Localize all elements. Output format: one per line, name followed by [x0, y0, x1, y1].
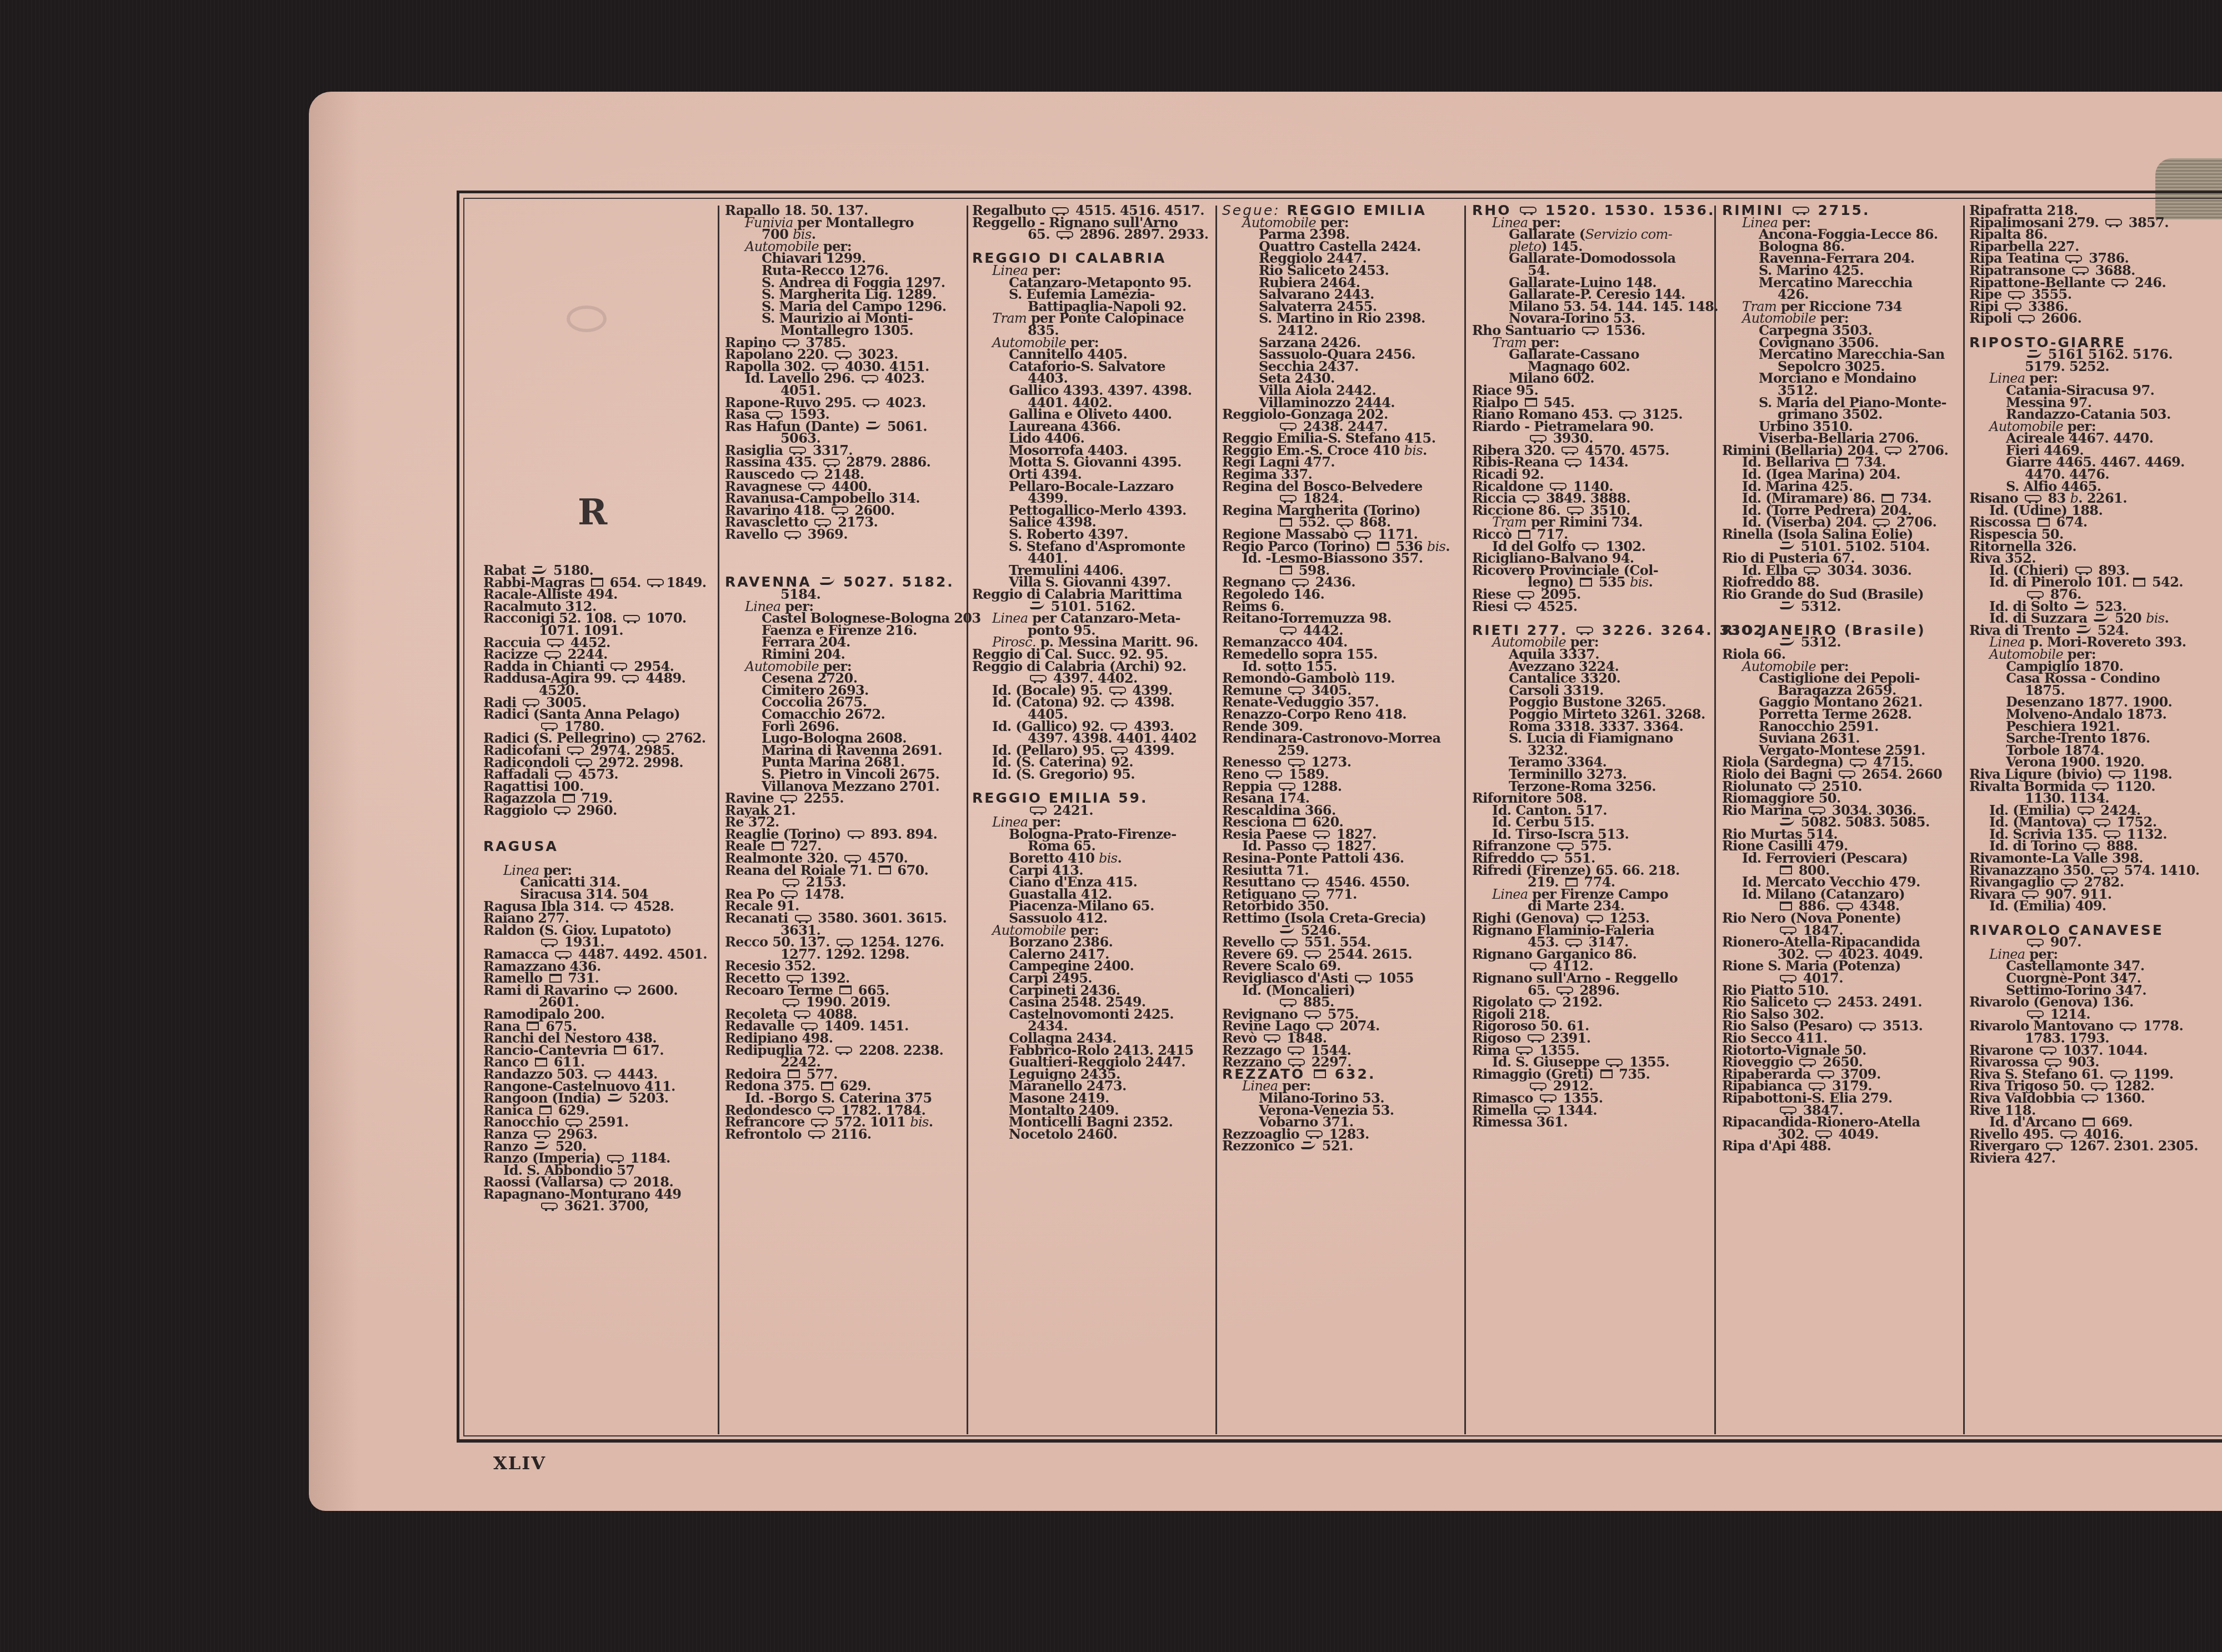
bus-icon	[614, 987, 631, 993]
index-entry: Rio Grande do Sud (Brasile)	[1722, 588, 1962, 600]
bus-icon	[783, 339, 799, 346]
bus-icon	[1550, 483, 1567, 489]
index-entry: Campegine 2400.	[972, 960, 1212, 972]
ship-icon	[820, 578, 834, 585]
bus-icon	[1109, 687, 1126, 693]
tram-icon	[549, 974, 562, 983]
bus-icon	[610, 1179, 627, 1185]
bus-icon	[1111, 699, 1128, 705]
bus-icon	[837, 939, 853, 945]
bus-icon	[2104, 830, 2120, 837]
bus-icon	[787, 975, 803, 982]
bus-icon	[1850, 759, 1866, 765]
index-column-3: Regalbuto 4515. 4516. 4517.Reggello - Ri…	[972, 204, 1212, 1438]
index-entry: Id. Milano (Catanzaro)	[1722, 888, 1962, 900]
index-column-6: RIMINI 2715.Linea per:Ancona-Foggia-Lecc…	[1722, 204, 1962, 1438]
bus-icon	[2111, 279, 2128, 286]
bus-icon	[647, 579, 664, 585]
bus-icon	[1804, 567, 1820, 573]
bus-icon	[844, 855, 861, 862]
index-entry: Raddusa-Agira 99. 4489.	[483, 672, 723, 684]
bus-icon	[823, 459, 840, 465]
italic-label: Linea	[1492, 887, 1528, 902]
ship-icon	[1780, 603, 1794, 609]
entry-heading: RIVAROLO CANAVESE	[1969, 924, 2209, 937]
bus-icon	[2045, 1059, 2061, 1065]
ship-icon	[534, 1143, 549, 1149]
bus-icon	[1814, 999, 1831, 1005]
bus-icon	[2027, 939, 2044, 945]
bus-icon	[863, 399, 879, 406]
bus-icon	[1539, 999, 1556, 1005]
tram-icon	[535, 1058, 547, 1067]
column-rule	[1215, 206, 1217, 1434]
index-column-1: Rabat 5180.Rabbi-Magras 654. 1849.Racale…	[483, 204, 723, 1438]
bus-icon	[1562, 447, 1578, 453]
index-entry: Casa Rossa - Condino	[1969, 672, 2209, 684]
index-entry: Ras Hafun (Dante) 5061.	[725, 420, 965, 433]
tram-icon	[1600, 1069, 1613, 1078]
bus-icon	[1057, 231, 1073, 238]
bus-icon	[1582, 327, 1599, 333]
index-entry: Morciano e Mondaino	[1722, 372, 1962, 384]
bus-icon	[1567, 507, 1584, 513]
bus-icon	[1565, 459, 1582, 465]
bus-icon	[623, 615, 640, 622]
bus-icon	[2065, 255, 2082, 262]
tram-icon	[1280, 518, 1292, 527]
bus-icon	[1540, 1094, 1557, 1101]
bus-icon	[523, 699, 539, 705]
bus-icon	[2061, 879, 2078, 885]
bus-icon	[2083, 843, 2100, 849]
bus-icon	[2072, 267, 2089, 273]
bus-icon	[1280, 999, 1297, 1005]
bus-icon	[1288, 1059, 1305, 1065]
bus-icon	[1317, 1023, 1333, 1029]
bus-icon	[2081, 1094, 2098, 1101]
index-entry: Rami di Ravarino 2600.	[483, 984, 723, 997]
bus-icon	[567, 747, 584, 753]
tram-icon	[1565, 878, 1578, 887]
bus-icon	[1528, 1034, 1544, 1041]
bus-icon	[1577, 627, 1593, 633]
tram-icon	[1580, 578, 1592, 587]
index-entry: Riesi 4525.	[1472, 600, 1712, 613]
index-entry: S. Martino in Rio 2398.	[1222, 312, 1462, 324]
index-column-4: Segue: REGGIO EMILIAAutomobile per:Parma…	[1222, 204, 1462, 1438]
index-entry: Comacchio 2672.	[725, 708, 965, 720]
index-entry: Secchia 2437.	[1222, 361, 1462, 373]
index-entry: Rezzonico 521.	[1222, 1140, 1462, 1152]
index-entry: Recco 50. 137. 1254. 1276.	[725, 936, 965, 948]
ship-icon	[2094, 615, 2108, 622]
bus-icon	[2120, 1023, 2136, 1029]
index-entry: Tram per Ponte Calopinace	[972, 312, 1212, 324]
bus-icon	[1619, 411, 1636, 418]
bus-icon	[541, 723, 558, 729]
bus-icon	[2027, 591, 2044, 598]
bus-icon	[808, 1130, 825, 1137]
tram-icon	[1293, 818, 1305, 827]
bus-icon	[1288, 687, 1305, 693]
bus-icon	[801, 1023, 818, 1029]
bus-icon	[2110, 1070, 2127, 1077]
bus-icon	[643, 735, 659, 742]
index-entry: S. Stefano d'Aspromonte	[972, 540, 1212, 553]
tram-icon	[2083, 1118, 2095, 1127]
bus-icon	[1780, 1107, 1796, 1113]
bus-icon	[1534, 1107, 1550, 1113]
index-entry: Id. (Moncalieri)	[1222, 984, 1462, 997]
italic-label: Tram	[992, 311, 1027, 326]
tram-icon	[1518, 530, 1530, 539]
ship-icon	[2027, 351, 2041, 358]
tram-icon	[1780, 902, 1792, 910]
bus-icon	[783, 879, 799, 885]
bus-icon	[1516, 1047, 1533, 1053]
tram-icon	[2133, 578, 2145, 587]
bus-icon	[1280, 423, 1297, 429]
bus-icon	[1288, 1047, 1304, 1053]
ship-icon	[532, 567, 547, 574]
column-rule	[1714, 206, 1716, 1434]
tram-icon	[1836, 458, 1848, 467]
index-entry: Id. di Pinerolo 101. 542.	[1969, 576, 2209, 588]
ship-icon	[866, 423, 880, 429]
bus-icon	[1836, 903, 1853, 909]
bus-icon	[544, 651, 561, 658]
bus-icon	[1809, 1083, 1825, 1089]
tram-icon	[1881, 494, 1894, 503]
index-entry: Laureana 4366.	[972, 420, 1212, 433]
index-entry: Ripoli 2606.	[1969, 312, 2209, 324]
index-entry: Id. (Catona) 92. 4398.	[972, 696, 1212, 708]
bus-icon	[1859, 1023, 1876, 1029]
bus-icon	[780, 795, 797, 802]
bus-icon	[1030, 807, 1047, 813]
bus-icon	[832, 507, 848, 513]
bus-icon	[2109, 770, 2125, 777]
index-entry: Cataforio-S. Salvatore	[972, 361, 1212, 373]
bus-icon	[2046, 1143, 2063, 1149]
entry-heading: RAGUSA	[483, 840, 723, 853]
bus-icon	[2105, 219, 2122, 226]
bus-icon	[814, 519, 831, 525]
bus-icon	[781, 890, 798, 897]
bus-icon	[1111, 747, 1128, 753]
bus-icon	[1288, 759, 1305, 765]
index-entry: Ricovero Provinciale (Col-	[1472, 564, 1712, 577]
bus-icon	[1280, 495, 1297, 502]
italic-label: bis	[1404, 443, 1423, 458]
index-entry: Motta S. Giovanni 4395.	[972, 456, 1212, 468]
bus-icon	[2094, 819, 2110, 825]
bus-icon	[1606, 1059, 1623, 1065]
bus-icon	[1530, 963, 1547, 969]
bus-icon	[565, 1119, 582, 1125]
bus-icon	[1793, 207, 1809, 213]
bus-icon	[1557, 843, 1574, 849]
bus-icon	[862, 375, 878, 382]
ship-icon	[1301, 1143, 1315, 1149]
tram-icon	[879, 865, 891, 874]
bus-icon	[1530, 435, 1547, 442]
entry-heading: RAVENNA 5027. 5182.	[725, 576, 965, 588]
bus-icon	[1565, 939, 1582, 945]
bus-icon	[1541, 855, 1558, 862]
bus-icon	[1313, 830, 1330, 837]
tram-icon	[591, 578, 603, 587]
bus-icon	[1873, 519, 1890, 525]
bus-icon	[2008, 291, 2025, 298]
bus-icon	[1799, 1059, 1816, 1065]
ship-icon	[2076, 627, 2091, 633]
bus-icon	[848, 830, 864, 837]
index-entry: Riviera 427.	[1969, 1152, 2209, 1164]
bus-icon	[2091, 1083, 2108, 1089]
index-entry: Recanati 3580. 3601. 3615.	[725, 912, 965, 924]
tram-icon	[539, 1105, 552, 1114]
bus-icon	[795, 915, 812, 922]
index-entry: Recoaro Terme 665.	[725, 984, 965, 997]
bus-icon	[1337, 519, 1353, 525]
bus-icon	[801, 471, 818, 478]
index-column-2: Rapallo 18. 50. 137.Funivia per Montalle…	[725, 204, 965, 1438]
bus-icon	[2060, 1130, 2077, 1137]
index-entry: Pellaro-Bocale-Lazzaro	[972, 480, 1212, 493]
spacer	[483, 816, 723, 840]
bus-icon	[1557, 987, 1573, 993]
index-entry: Rendinara-Castronovo-Morrea	[1222, 732, 1462, 744]
bus-icon	[2040, 1047, 2056, 1053]
index-entry: Id. Ferrovieri (Pescara)	[1722, 852, 1962, 864]
index-entry: Ferrara 204.	[725, 636, 965, 648]
bus-icon	[2005, 303, 2021, 309]
index-entry: Id. (Emilia) 409.	[1969, 900, 2209, 912]
tram-icon	[2038, 518, 2050, 527]
bus-icon	[835, 1047, 852, 1053]
bus-icon	[789, 447, 806, 453]
tram-icon	[772, 842, 784, 850]
index-entry: Raggiolo 2960.	[483, 804, 723, 817]
index-entry: Castelnovomonti 2425.	[972, 1008, 1212, 1020]
column-rule	[1963, 206, 1965, 1434]
bus-icon	[2018, 315, 2035, 322]
ship-icon	[1030, 603, 1044, 609]
index-entry: Gallarate-Domodossola	[1472, 252, 1712, 264]
bus-icon	[1809, 807, 1825, 813]
bus-icon	[2025, 495, 2041, 502]
bus-icon	[1264, 1034, 1280, 1041]
index-entry: Redipuglia 72. 2208. 2238.	[725, 1044, 965, 1057]
bus-icon	[1292, 579, 1309, 585]
bus-icon	[1304, 950, 1321, 957]
bus-icon	[555, 951, 572, 958]
ship-icon	[1780, 639, 1794, 645]
ship-icon	[608, 1095, 622, 1102]
tram-icon	[839, 985, 852, 994]
italic-label: bis	[1099, 850, 1118, 866]
ship-icon	[1780, 819, 1794, 825]
entry-heading: RIO JANEIRO (Brasile)	[1722, 624, 1962, 637]
spacer	[725, 540, 965, 577]
bus-icon	[555, 771, 572, 778]
bus-icon	[607, 1155, 624, 1162]
column-rule	[967, 206, 968, 1434]
bus-icon	[2078, 807, 2094, 813]
tram-icon	[1377, 542, 1389, 550]
bus-icon	[766, 411, 783, 418]
bus-icon	[1306, 1130, 1323, 1137]
italic-label: bis	[910, 1114, 929, 1130]
bus-icon	[1281, 939, 1298, 945]
bus-icon	[1530, 1083, 1547, 1089]
bus-icon	[1355, 975, 1372, 982]
bus-icon	[1885, 447, 1901, 453]
tram-icon	[527, 1022, 539, 1030]
tram-icon	[788, 1069, 800, 1078]
bus-icon	[1304, 1010, 1321, 1017]
bus-icon	[541, 939, 558, 945]
bus-icon	[1523, 495, 1539, 502]
bus-icon	[1030, 675, 1047, 682]
index-entry: Funivia per Montallegro	[725, 217, 965, 229]
index-entry: Id. (S. Gregorio) 95.	[972, 768, 1212, 780]
bus-icon	[1582, 543, 1599, 549]
italic-label: bis	[1630, 574, 1649, 590]
bus-icon	[594, 1070, 611, 1077]
bus-icon	[2101, 867, 2118, 873]
tram-icon	[614, 1045, 626, 1054]
page-number: XLIV	[493, 1453, 546, 1474]
bus-icon	[1587, 915, 1603, 922]
bus-icon	[1110, 723, 1127, 729]
bus-icon	[1302, 879, 1319, 885]
bus-icon	[2027, 1010, 2044, 1017]
bus-icon	[784, 531, 801, 538]
bus-icon	[835, 351, 852, 358]
bus-icon	[554, 807, 570, 813]
tram-icon	[821, 1082, 833, 1090]
bus-icon	[610, 903, 627, 909]
bus-icon	[547, 639, 564, 645]
bus-icon	[2022, 890, 2039, 897]
tram-icon	[1314, 1069, 1326, 1078]
italic-label: bis	[2146, 610, 2165, 626]
index-entry: Rettimo (Isola Creta-Grecia)	[1222, 912, 1462, 924]
ship-icon	[1780, 543, 1794, 549]
bus-icon	[610, 663, 627, 669]
bus-icon	[1520, 207, 1537, 213]
bus-icon	[622, 675, 639, 682]
bus-icon	[2075, 567, 2092, 573]
bus-icon	[1313, 843, 1329, 849]
bus-icon	[1839, 770, 1855, 777]
bus-icon	[1514, 603, 1531, 609]
spacer	[483, 204, 723, 564]
tram-icon	[1280, 565, 1292, 574]
italic-label: Servizio com-	[1585, 227, 1673, 242]
bus-icon	[818, 1107, 834, 1113]
tram-icon	[1780, 865, 1792, 874]
bus-icon	[1303, 890, 1319, 897]
bus-icon	[808, 483, 825, 489]
bus-icon	[1354, 531, 1371, 538]
italic-label: Linea	[992, 610, 1028, 626]
bus-icon	[575, 759, 592, 765]
bus-icon	[1279, 783, 1295, 789]
ship-icon	[1280, 927, 1294, 933]
bus-icon	[1780, 975, 1796, 982]
bus-icon	[1518, 591, 1534, 598]
bus-icon	[1818, 1070, 1834, 1077]
index-entry: Regina Margherita (Torino)	[1222, 504, 1462, 517]
bus-icon	[2092, 783, 2109, 789]
column-rule	[1464, 206, 1466, 1434]
index-entry: Mercatino Marecchia	[1722, 277, 1962, 289]
bus-icon	[822, 363, 838, 369]
bus-icon	[1799, 783, 1815, 789]
bus-icon	[541, 1203, 558, 1209]
bus-icon	[794, 1010, 810, 1017]
tram-icon	[563, 794, 575, 803]
tram-icon	[1525, 398, 1537, 407]
bus-icon	[811, 1119, 828, 1125]
bus-icon	[783, 999, 799, 1005]
bus-icon	[1780, 927, 1796, 933]
bus-icon	[1280, 627, 1297, 633]
index-entry: Boretto 410 bis.	[972, 852, 1212, 864]
index-column-7: Ripafratta 218.Ripalimosani 279. 3857.Ri…	[1969, 204, 2209, 1438]
index-entry: Nocetolo 2460.	[972, 1128, 1212, 1140]
bus-icon	[1265, 770, 1282, 777]
index-column-5: RHO 1520. 1530. 1536.Linea per:Gallarate…	[1472, 204, 1712, 1438]
italic-label: bis	[1427, 539, 1446, 554]
bus-icon	[1052, 207, 1069, 214]
bus-icon	[1815, 1130, 1832, 1137]
ship-icon	[2074, 603, 2089, 609]
bus-icon	[1815, 950, 1832, 957]
bus-icon	[534, 1130, 551, 1137]
index-entry: Ravello 3969.	[725, 528, 965, 540]
